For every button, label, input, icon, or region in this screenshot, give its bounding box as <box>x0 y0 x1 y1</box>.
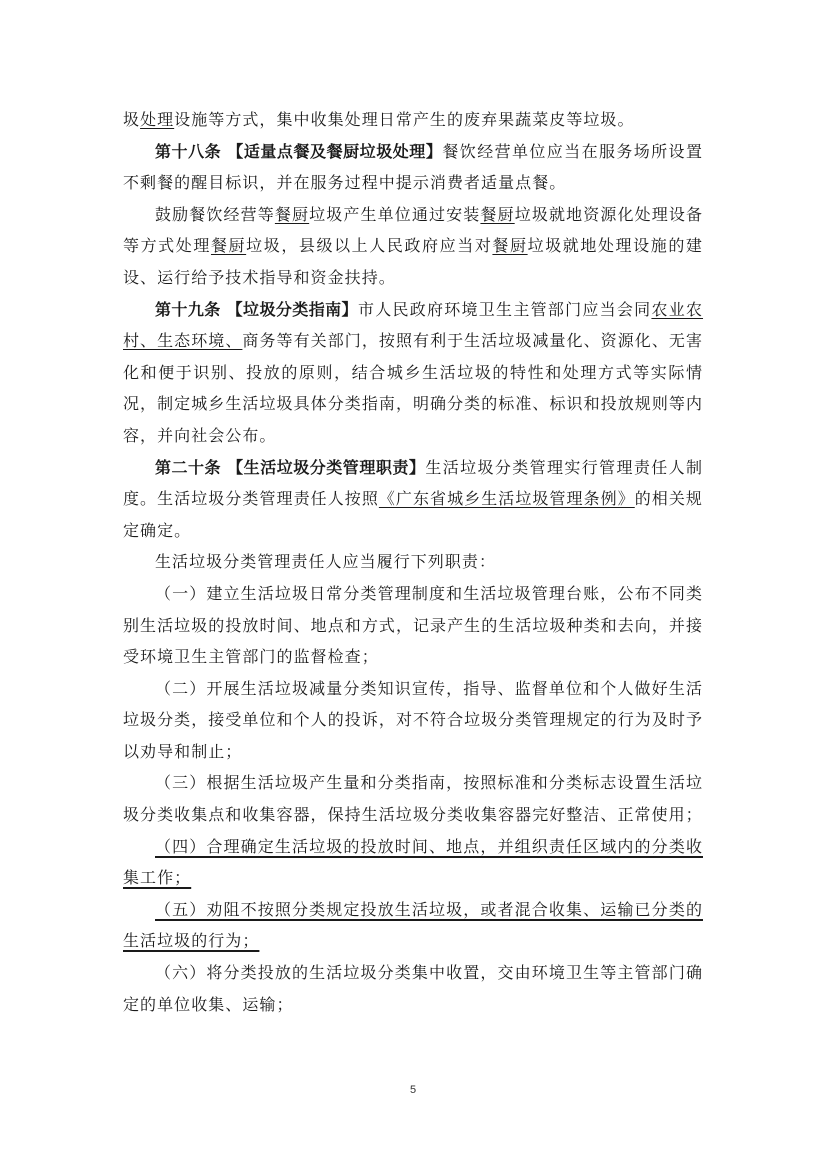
paragraph-p10: （五）劝阻不按照分类规定投放生活垃圾，或者混合收集、运输已分类的生活垃圾的行为； <box>123 894 703 957</box>
body-text: 垃圾产生单位通过安装 <box>309 205 480 224</box>
body-text: 市人民政府环境卫生主管部门应当会同 <box>358 300 651 319</box>
paragraph-p4: 第二十条 【生活垃圾分类管理职责】生活垃圾分类管理实行管理责任人制度。生活垃圾分… <box>123 452 703 547</box>
underlined-text: 餐厨 <box>211 236 246 255</box>
underlined-revision-text: （五）劝阻不按照分类规定投放生活垃圾，或者混合收集、运输已分类的生活垃圾的行为； <box>123 900 703 951</box>
underlined-text: 处理 <box>140 110 174 129</box>
paragraph-p6: （一）建立生活垃圾日常分类管理制度和生活垃圾管理台账，公布不同类别生活垃圾的投放… <box>123 578 703 673</box>
body-text: 生活垃圾分类管理责任人应当履行下列职责： <box>155 552 496 571</box>
paragraph-p9: （四）合理确定生活垃圾的投放时间、地点，并组织责任区域内的分类收集工作； <box>123 831 703 894</box>
body-text: （一）建立生活垃圾日常分类管理制度和生活垃圾管理台账，公布不同类别生活垃圾的投放… <box>123 584 703 666</box>
document-page: 圾处理设施等方式，集中收集处理日常产生的废弃果蔬菜皮等垃圾。第十八条 【适量点餐… <box>0 0 826 1169</box>
body-text: 圾 <box>123 110 140 129</box>
article-heading: 第十八条 【适量点餐及餐厨垃圾处理】 <box>155 142 442 161</box>
paragraph-p3: 第十九条 【垃圾分类指南】市人民政府环境卫生主管部门应当会同农业农村、生态环境、… <box>123 294 703 452</box>
article-heading: 第十九条 【垃圾分类指南】 <box>155 300 358 319</box>
paragraph-p1: 第十八条 【适量点餐及餐厨垃圾处理】餐饮经营单位应当在服务场所设置不剩餐的醒目标… <box>123 136 703 199</box>
paragraph-p8: （三）根据生活垃圾产生量和分类指南，按照标准和分类标志设置生活垃圾分类收集点和收… <box>123 767 703 830</box>
body-text: （三）根据生活垃圾产生量和分类指南，按照标准和分类标志设置生活垃圾分类收集点和收… <box>123 773 703 824</box>
underlined-text: 《广东省城乡生活垃圾管理条例》 <box>379 489 635 508</box>
page-number: 5 <box>0 1084 826 1096</box>
underlined-text: 餐厨 <box>480 205 514 224</box>
paragraph-p5: 生活垃圾分类管理责任人应当履行下列职责： <box>123 546 703 578</box>
body-text: （二）开展生活垃圾减量分类知识宣传，指导、监督单位和个人做好生活垃圾分类，接受单… <box>123 679 703 761</box>
article-heading: 第二十条 【生活垃圾分类管理职责】 <box>155 458 425 477</box>
body-text: 鼓励餐饮经营等 <box>155 205 275 224</box>
document-body: 圾处理设施等方式，集中收集处理日常产生的废弃果蔬菜皮等垃圾。第十八条 【适量点餐… <box>123 104 703 1020</box>
paragraph-p0: 圾处理设施等方式，集中收集处理日常产生的废弃果蔬菜皮等垃圾。 <box>123 104 703 136</box>
body-text: 垃圾，县级以上人民政府应当对 <box>246 236 492 255</box>
paragraph-p2: 鼓励餐饮经营等餐厨垃圾产生单位通过安装餐厨垃圾就地资源化处理设备等方式处理餐厨垃… <box>123 199 703 294</box>
underlined-text: 餐厨 <box>492 236 527 255</box>
paragraph-p7: （二）开展生活垃圾减量分类知识宣传，指导、监督单位和个人做好生活垃圾分类，接受单… <box>123 673 703 768</box>
paragraph-p11: （六）将分类投放的生活垃圾分类集中收置，交由环境卫生等主管部门确定的单位收集、运… <box>123 957 703 1020</box>
body-text: 设施等方式，集中收集处理日常产生的废弃果蔬菜皮等垃圾。 <box>174 110 634 129</box>
underlined-revision-text: （四）合理确定生活垃圾的投放时间、地点，并组织责任区域内的分类收集工作； <box>123 837 703 888</box>
underlined-text: 餐厨 <box>275 205 309 224</box>
body-text: （六）将分类投放的生活垃圾分类集中收置，交由环境卫生等主管部门确定的单位收集、运… <box>123 963 703 1014</box>
